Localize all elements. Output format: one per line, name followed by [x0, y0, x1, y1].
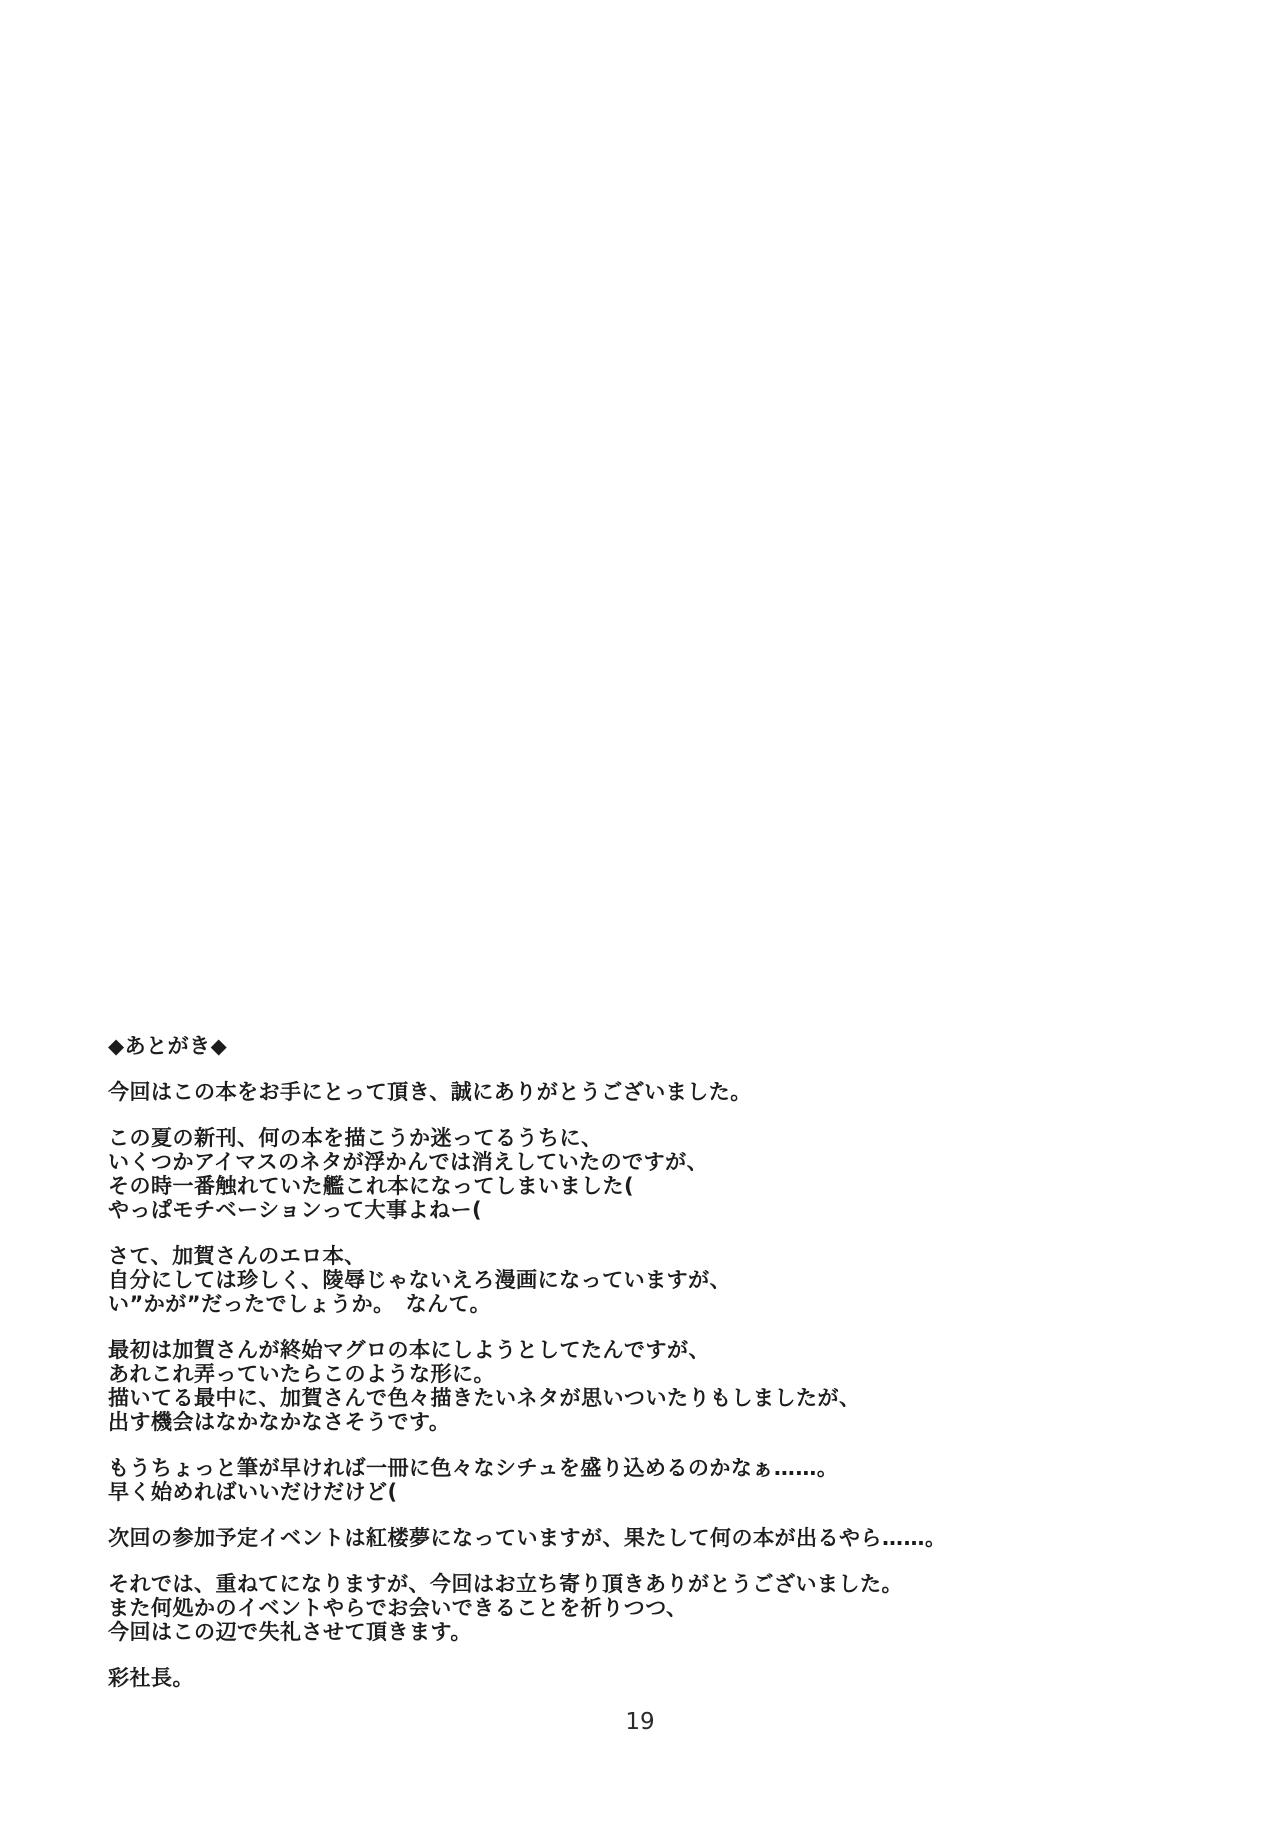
- afterword-text-block: ◆あとがき◆ 今回はこの本をお手にとって頂き、誠にありがとうございました。 この…: [108, 1034, 947, 1712]
- afterword-line: 早く始めればいいだけだけど(: [108, 1480, 947, 1504]
- author-signature: 彩社長。: [108, 1666, 947, 1690]
- afterword-paragraph: さて、加賀さんのエロ本、 自分にしては珍しく、陵辱じゃないえろ漫画になっています…: [108, 1244, 947, 1316]
- afterword-paragraph: 最初は加賀さんが終始マグロの本にしようとしてたんですが、 あれこれ弄っていたらこ…: [108, 1338, 947, 1434]
- afterword-line: いくつかアイマスのネタが浮かんでは消えしていたのですが、: [108, 1150, 947, 1174]
- afterword-line: 描いてる最中に、加賀さんで色々描きたいネタが思いついたりもしましたが、: [108, 1386, 947, 1410]
- afterword-line: この夏の新刊、何の本を描こうか迷ってるうちに、: [108, 1126, 947, 1150]
- afterword-line: また何処かのイベントやらでお会いできることを祈りつつ、: [108, 1596, 947, 1620]
- afterword-line: 出す機会はなかなかなさそうです。: [108, 1410, 947, 1434]
- afterword-paragraph: それでは、重ねてになりますが、今回はお立ち寄り頂きありがとうございました。 また…: [108, 1572, 947, 1644]
- afterword-line: い”かが”だったでしょうか。 なんて。: [108, 1292, 947, 1316]
- afterword-heading: ◆あとがき◆: [108, 1034, 947, 1058]
- afterword-signature-paragraph: 彩社長。: [108, 1666, 947, 1690]
- afterword-line: さて、加賀さんのエロ本、: [108, 1244, 947, 1268]
- afterword-paragraph: 次回の参加予定イベントは紅楼夢になっていますが、果たして何の本が出るやら……。: [108, 1526, 947, 1550]
- page-number: 19: [0, 1710, 1280, 1734]
- afterword-line: あれこれ弄っていたらこのような形に。: [108, 1362, 947, 1386]
- afterword-line: 今回はこの辺で失礼させて頂きます。: [108, 1620, 947, 1644]
- afterword-line: それでは、重ねてになりますが、今回はお立ち寄り頂きありがとうございました。: [108, 1572, 947, 1596]
- afterword-paragraph: この夏の新刊、何の本を描こうか迷ってるうちに、 いくつかアイマスのネタが浮かんで…: [108, 1126, 947, 1222]
- afterword-line: その時一番触れていた艦これ本になってしまいました(: [108, 1174, 947, 1198]
- afterword-paragraph: 今回はこの本をお手にとって頂き、誠にありがとうございました。: [108, 1080, 947, 1104]
- afterword-line: 次回の参加予定イベントは紅楼夢になっていますが、果たして何の本が出るやら……。: [108, 1526, 947, 1550]
- afterword-line: やっぱモチベーションって大事よねー(: [108, 1198, 947, 1222]
- afterword-line: 自分にしては珍しく、陵辱じゃないえろ漫画になっていますが、: [108, 1268, 947, 1292]
- afterword-paragraph: もうちょっと筆が早ければ一冊に色々なシチュを盛り込めるのかなぁ……。 早く始めれ…: [108, 1456, 947, 1504]
- afterword-line: 最初は加賀さんが終始マグロの本にしようとしてたんですが、: [108, 1338, 947, 1362]
- afterword-page: ◆あとがき◆ 今回はこの本をお手にとって頂き、誠にありがとうございました。 この…: [0, 0, 1280, 1821]
- afterword-line: もうちょっと筆が早ければ一冊に色々なシチュを盛り込めるのかなぁ……。: [108, 1456, 947, 1480]
- afterword-line: 今回はこの本をお手にとって頂き、誠にありがとうございました。: [108, 1080, 947, 1104]
